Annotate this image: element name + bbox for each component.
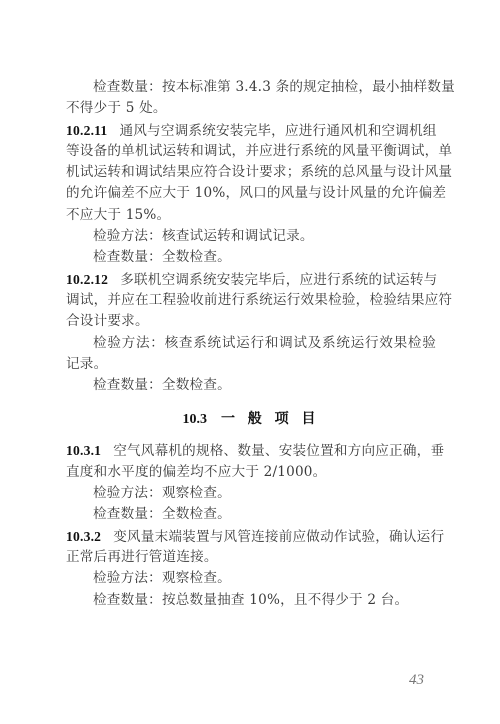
section-number: 10.3	[182, 412, 207, 427]
clause-10-3-2: 10.3.2变风量末端装置与风管连接前应做动作试验，确认运行	[66, 526, 436, 547]
inspection-method: 检验方法：核查系统试运行和调试及系统运行效果检验	[66, 333, 436, 354]
text-line: 的允许偏差不应大于 10%，风口的风量与设计风量的允许偏差	[66, 183, 436, 204]
text-line: 正常后再进行管道连接。	[66, 547, 436, 568]
clause-10-2-12: 10.2.12多联机空调系统安装完毕后，应进行系统的试运转与	[66, 269, 436, 290]
inspection-quantity: 检查数量：全数检查。	[66, 504, 436, 525]
clause-text: 通风与空调系统安装完毕，应进行通风机和空调机组	[119, 123, 436, 139]
clause-10-3-1: 10.3.1空气风幕机的规格、数量、安装位置和方向应正确，垂	[66, 440, 436, 461]
text-line: 检查数量：按本标准第 3.4.3 条的规定抽检，最小抽样数量	[66, 77, 436, 98]
inspection-method: 检验方法：观察检查。	[66, 568, 436, 589]
inspection-method: 检验方法：观察检查。	[66, 483, 436, 504]
inspection-method: 检验方法：核查试运转和调试记录。	[66, 226, 436, 247]
clause-number: 10.3.1	[66, 443, 101, 458]
text-line: 不得少于 5 处。	[66, 98, 436, 119]
clause-number: 10.2.12	[66, 272, 108, 287]
clause-text: 空气风幕机的规格、数量、安装位置和方向应正确，垂	[113, 443, 444, 459]
text-line: 直度和水平度的偏差均不应大于 2/1000。	[66, 462, 436, 483]
clause-10-2-11: 10.2.11通风与空调系统安装完毕，应进行通风机和空调机组	[66, 120, 436, 141]
page-number: 43	[409, 672, 424, 689]
text-line: 记录。	[66, 354, 436, 375]
clause-text: 多联机空调系统安装完毕后，应进行系统的试运转与	[120, 272, 437, 288]
section-title: 一 般 项 目	[221, 411, 320, 427]
text-line: 等设备的单机试运转和调试，并应进行系统的风量平衡调试，单	[66, 141, 436, 162]
text-line: 调试，并应在工程验收前进行系统运行效果检验，检验结果应符	[66, 290, 436, 311]
text-line: 合设计要求。	[66, 311, 436, 332]
inspection-quantity: 检查数量：全数检查。	[66, 375, 436, 396]
text-line: 不应大于 15%。	[66, 205, 436, 226]
clause-number: 10.3.2	[66, 529, 101, 544]
text-line: 机试运转和调试结果应符合设计要求；系统的总风量与设计风量	[66, 162, 436, 183]
clause-number: 10.2.11	[66, 123, 107, 138]
inspection-quantity: 检查数量：全数检查。	[66, 247, 436, 268]
section-heading: 10.3一 般 项 目	[66, 402, 436, 436]
inspection-quantity: 检查数量：按总数量抽查 10%，且不得少于 2 台。	[66, 590, 436, 611]
document-page: 检查数量：按本标准第 3.4.3 条的规定抽检，最小抽样数量 不得少于 5 处。…	[66, 77, 436, 611]
clause-text: 变风量末端装置与风管连接前应做动作试验，确认运行	[113, 529, 444, 545]
